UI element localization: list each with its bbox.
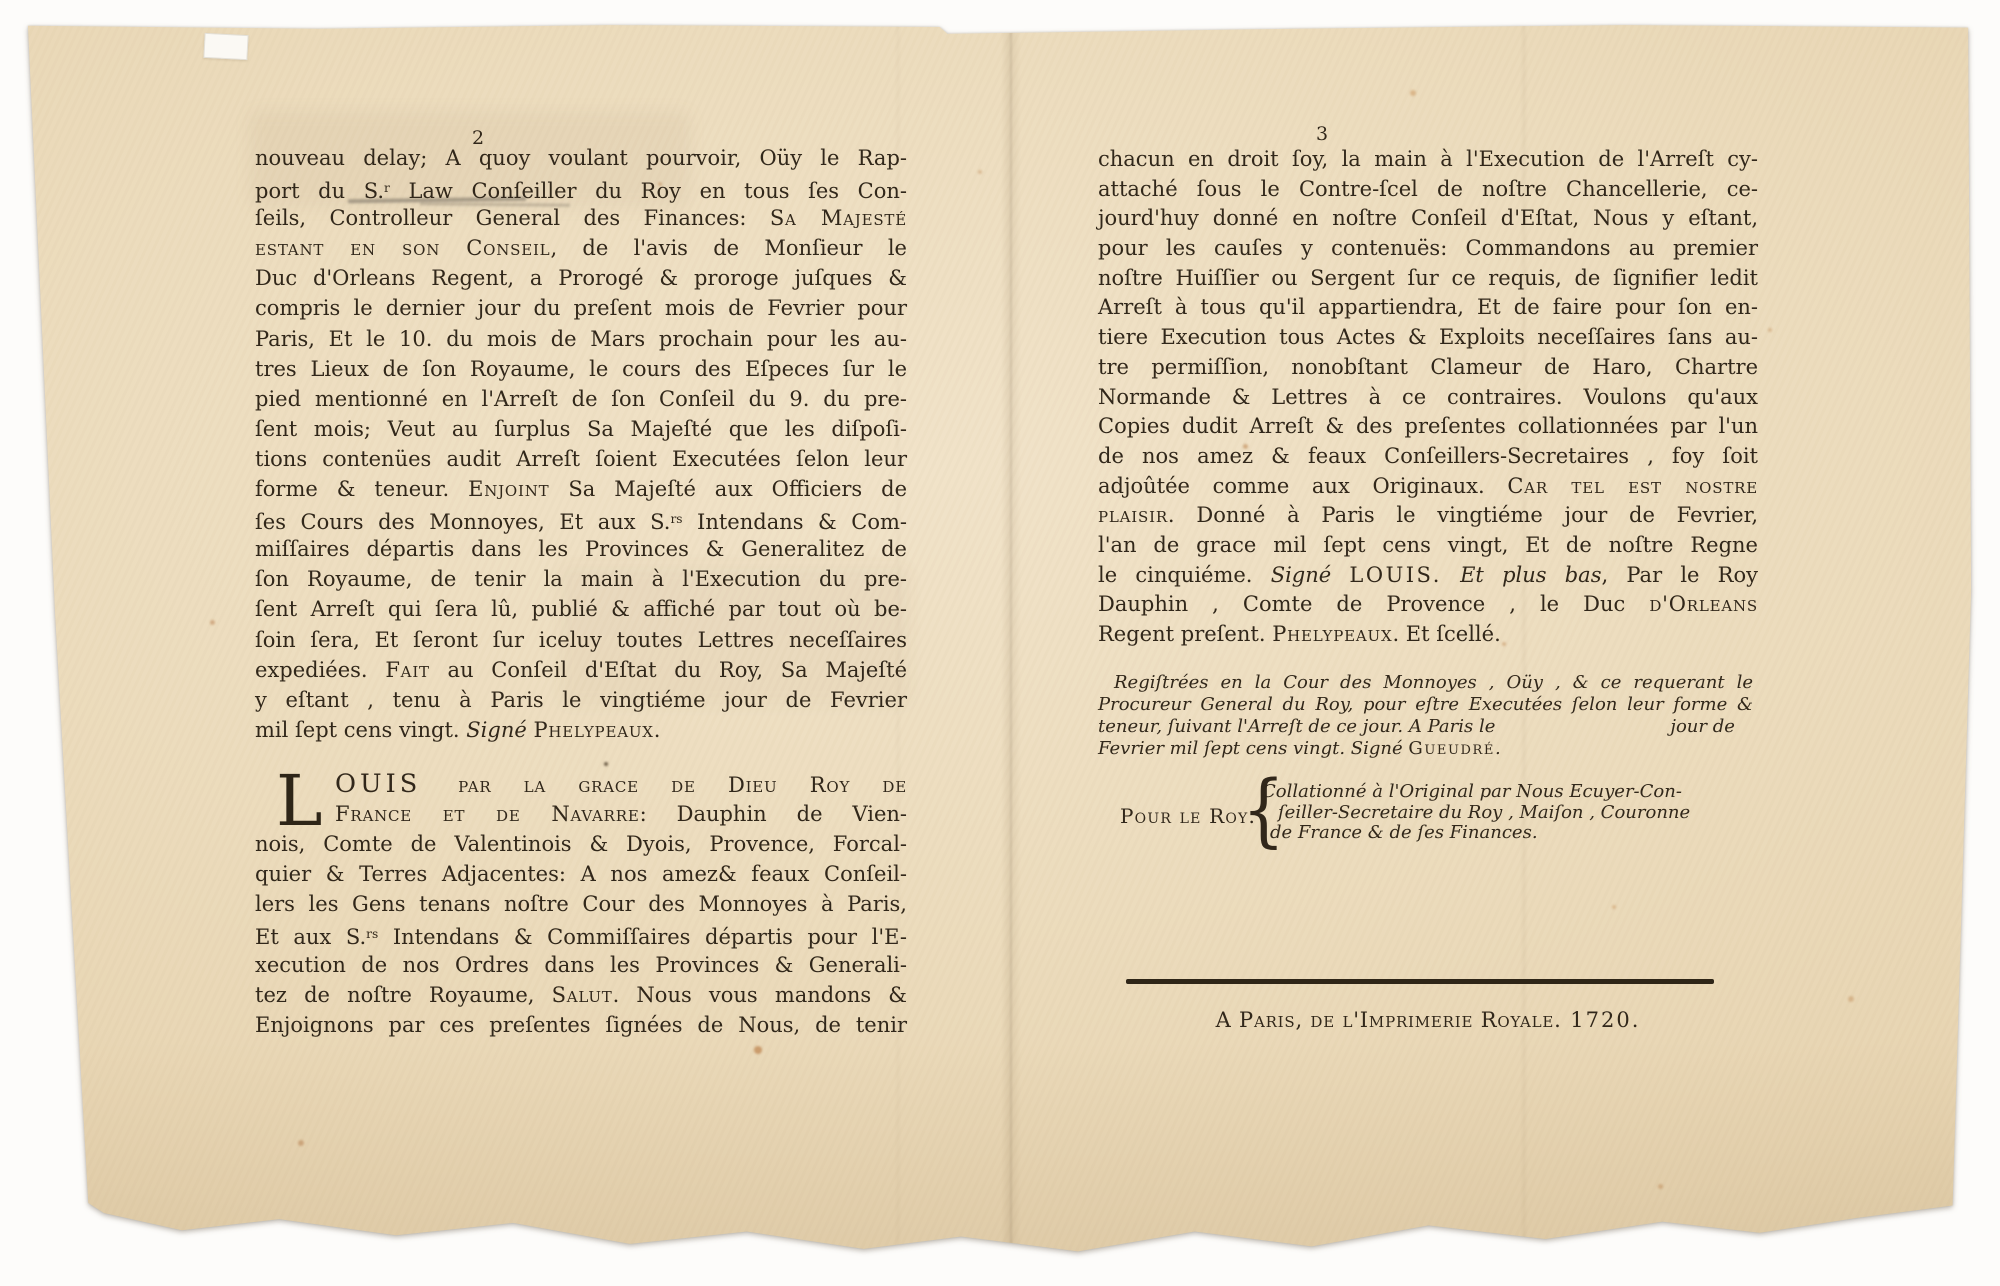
text-segment: jourd'huy donné en noſtre Conſeil d'Eſta… xyxy=(1098,206,1758,230)
text-line: de nos amez & feaux Conſeillers-Secretai… xyxy=(1098,442,1758,472)
text-line: quier & Terres Adjacentes: A nos amez& f… xyxy=(255,859,907,889)
imprint-line: A Paris, de l'Imprimerie Royale. 1720. xyxy=(1098,1008,1758,1032)
text-segment: Regent preſent. xyxy=(1098,622,1272,646)
text-segment: Gueudré xyxy=(1408,738,1495,759)
text-line: tions contenües audit Arreſt ſoient Exec… xyxy=(255,444,907,474)
text-line: ſoin ſera, Et ſeront ſur iceluy toutes L… xyxy=(255,625,907,655)
pour-le-roy-label: Pour le Roy. xyxy=(1120,804,1256,828)
tape-fragment xyxy=(203,33,248,60)
text-line: nouveau delay; A quoy voulant pourvoir, … xyxy=(255,143,907,173)
text-line: Et aux S.rs Intendans & Commiſſaires dép… xyxy=(255,919,907,949)
text-segment: Phelypeaux xyxy=(533,718,653,742)
text-segment: ſoin ſera, Et ſeront ſur iceluy toutes L… xyxy=(255,628,907,652)
text-line: compris le dernier jour du preſent mois … xyxy=(255,293,907,323)
text-segment: ſon Royaume, de tenir la main à l'Execut… xyxy=(255,567,907,591)
collation-note: Collationné à l'Original par Nous Ecuyer… xyxy=(1262,782,1767,844)
text-segment: teneur, ſuivant l'Arreſt de ce jour. A P… xyxy=(1098,716,1495,737)
page-number-right: 3 xyxy=(1316,123,1328,145)
text-line: xecution de nos Ordres dans les Province… xyxy=(255,950,907,980)
text-segment: rs xyxy=(670,512,682,526)
text-segment: pour les cauſes y contenuës: Commandons … xyxy=(1098,236,1758,260)
foxing-spot xyxy=(210,620,215,625)
text-segment: le cinquiéme. xyxy=(1098,563,1271,587)
text-segment: Duc d'Orleans Regent, a Prorogé & prorog… xyxy=(255,266,907,290)
text-line: Normande & Lettres à ce contraires. Voul… xyxy=(1098,383,1758,413)
text-segment: . xyxy=(654,718,661,742)
foxing-spot xyxy=(1658,1184,1663,1189)
text-line: ſent Arreſt qui ſera lû, publié & affich… xyxy=(255,594,907,624)
text-segment: Normande & Lettres à ce contraires. Voul… xyxy=(1098,385,1758,409)
text-segment: tres Lieux de ſon Royaume, le cours des … xyxy=(255,357,907,381)
text-segment: . Nous vous mandons & xyxy=(613,983,907,1007)
text-line: de France & de ſes Finances. xyxy=(1262,823,1767,844)
text-segment: . Donné à Paris le vingtiéme jour de Fev… xyxy=(1168,503,1758,527)
text-segment: Arreſt à tous qu'il appartiendra, Et de … xyxy=(1098,295,1758,319)
text-segment: Signé xyxy=(1271,563,1332,587)
text-segment: Enjoignons par ces preſentes ſignées de … xyxy=(255,1013,907,1037)
text-segment: au Conſeil d'Eſtat du Roy, Sa Majeſté xyxy=(430,658,907,682)
text-segment: xecution de nos Ordres dans les Province… xyxy=(255,953,907,977)
text-line: l'an de grace mil ſept cens vingt, Et de… xyxy=(1098,531,1758,561)
text-segment xyxy=(1442,563,1460,587)
text-segment: y eſtant , tenu à Paris le vingtiéme jou… xyxy=(255,688,907,712)
text-segment: quier & Terres Adjacentes: A nos amez& f… xyxy=(255,862,907,886)
text-segment: tiere Execution tous Actes & Exploits ne… xyxy=(1098,325,1758,349)
text-segment: noſtre Huiſſier ou Sergent ſur ce requis… xyxy=(1098,266,1758,290)
text-line: ſes Cours des Monnoyes, Et aux S.rs Inte… xyxy=(255,504,907,534)
text-segment: Et aux S. xyxy=(255,926,366,950)
text-segment: OUIS xyxy=(335,769,458,799)
text-line: noſtre Huiſſier ou Sergent ſur ce requis… xyxy=(1098,264,1758,294)
text-line: Duc d'Orleans Regent, a Prorogé & prorog… xyxy=(255,263,907,293)
text-line: Copies dudit Arreſt & des preſentes coll… xyxy=(1098,412,1758,442)
text-segment: Sa Majeſté aux Officiers de xyxy=(549,477,907,501)
foxing-spot xyxy=(754,1046,762,1054)
text-line: ſeiller-Secretaire du Roy , Maiſon , Cou… xyxy=(1262,803,1767,824)
text-segment: A Paris, de l'Imprimerie Royale. xyxy=(1216,1008,1562,1032)
left-page-paragraph-1: nouveau delay; A quoy voulant pourvoir, … xyxy=(255,143,907,745)
text-segment: tre permiſſion, nonobſtant Clameur de Ha… xyxy=(1098,355,1758,379)
text-segment: de France & de ſes Finances. xyxy=(1270,822,1538,843)
text-line: jourd'huy donné en noſtre Conſeil d'Eſta… xyxy=(1098,204,1758,234)
text-line: ſeils, Controlleur General des Finances:… xyxy=(255,203,907,233)
text-line: OUIS par la grace de Dieu Roy de xyxy=(255,769,907,799)
text-segment: Intendans & Com- xyxy=(683,510,908,534)
text-segment: Dauphin , Comte de Provence , le Duc xyxy=(1098,592,1649,616)
text-segment: tions contenües audit Arreſt ſoient Exec… xyxy=(255,447,907,471)
text-line: tiere Execution tous Actes & Exploits ne… xyxy=(1098,323,1758,353)
registration-note: Regiſtrées en la Cour des Monnoyes , Oüy… xyxy=(1098,672,1753,760)
text-segment: adjoûtée comme aux Originaux. xyxy=(1098,474,1507,498)
text-line: plaisir. Donné à Paris le vingtiéme jour… xyxy=(1098,501,1758,531)
text-segment: , de l'avis de Monſieur le xyxy=(550,236,907,260)
text-segment: France et de Navarre xyxy=(335,802,640,826)
text-segment: nouveau delay; A quoy voulant pourvoir, … xyxy=(255,146,907,170)
text-segment: Procureur General du Roy, pour eſtre Exe… xyxy=(1098,694,1753,715)
text-line: chacun en droit ſoy, la main à l'Executi… xyxy=(1098,145,1758,175)
text-segment: Intendans & Commiſſaires départis pour l… xyxy=(378,926,907,950)
text-line: tez de noſtre Royaume, Salut. Nous vous … xyxy=(255,980,907,1010)
text-line: pour les cauſes y contenuës: Commandons … xyxy=(1098,234,1758,264)
text-segment: attaché ſous le Contre-ſcel de noſtre Ch… xyxy=(1098,177,1758,201)
text-segment xyxy=(1331,563,1349,587)
text-segment: Fait xyxy=(385,658,430,682)
text-segment: ſes Cours des Monnoyes, Et aux S. xyxy=(255,510,670,534)
text-segment: Law Conſeiller du Roy en tous ſes Con- xyxy=(390,179,907,203)
text-segment: ſeiller-Secretaire du Roy , Maiſon , Cou… xyxy=(1278,802,1690,823)
text-segment: lers les Gens tenans noſtre Cour des Mon… xyxy=(255,892,907,916)
text-segment: Enjoint xyxy=(468,477,549,501)
text-line: estant en son Conseil, de l'avis de Monſ… xyxy=(255,233,907,263)
text-segment: forme & teneur. xyxy=(255,477,468,501)
text-segment: pied mentionné en l'Arreſt de ſon Conſei… xyxy=(255,387,907,411)
text-line: forme & teneur. Enjoint Sa Majeſté aux O… xyxy=(255,474,907,504)
right-page-paragraph-1: chacun en droit ſoy, la main à l'Executi… xyxy=(1098,145,1758,650)
text-segment: . Et ſcellé. xyxy=(1392,622,1500,646)
text-line: Procureur General du Roy, pour eſtre Exe… xyxy=(1098,694,1753,716)
text-segment: estant en son Conseil xyxy=(255,236,550,260)
text-line: miſſaires départis dans les Provinces & … xyxy=(255,534,907,564)
center-fold-crease xyxy=(1001,22,1021,1260)
text-segment: Copies dudit Arreſt & des preſentes coll… xyxy=(1098,414,1758,438)
text-segment: mil ſept cens vingt. xyxy=(255,718,466,742)
text-segment: Paris, Et le 10. du mois de Mars prochai… xyxy=(255,327,907,351)
text-line: tre permiſſion, nonobſtant Clameur de Ha… xyxy=(1098,353,1758,383)
text-segment: , Par le Roy xyxy=(1601,563,1758,587)
text-segment: Fevrier mil ſept cens vingt. Signé xyxy=(1098,738,1408,759)
document-sheet-wrap: 2 3 nouveau delay; A quoy voulant pourvo… xyxy=(0,0,2000,1286)
left-page-paragraph-2: OUIS par la grace de Dieu Roy deFrance e… xyxy=(255,769,907,1040)
foxing-spot xyxy=(1612,905,1616,909)
text-segment: compris le dernier jour du preſent mois … xyxy=(255,296,907,320)
text-line: Arreſt à tous qu'il appartiendra, Et de … xyxy=(1098,293,1758,323)
text-segment: Salut xyxy=(552,983,613,1007)
text-line: pied mentionné en l'Arreſt de ſon Conſei… xyxy=(255,384,907,414)
text-segment: l'an de grace mil ſept cens vingt, Et de… xyxy=(1098,533,1758,557)
text-segment: rs xyxy=(366,927,378,941)
text-segment: jour de xyxy=(1670,716,1735,737)
text-line: Regent preſent. Phelypeaux. Et ſcellé. xyxy=(1098,620,1758,650)
text-line: Collationné à l'Original par Nous Ecuyer… xyxy=(1262,782,1767,803)
text-segment: ſent Arreſt qui ſera lû, publié & affich… xyxy=(255,597,907,621)
text-line: y eſtant , tenu à Paris le vingtiéme jou… xyxy=(255,685,907,715)
text-segment: ſeils, Controlleur General des Finances: xyxy=(255,206,770,230)
text-segment: Et plus bas xyxy=(1460,563,1601,587)
foxing-spot xyxy=(1410,90,1416,96)
text-segment: Sa Majesté xyxy=(770,206,907,230)
text-segment: . xyxy=(1495,738,1501,759)
text-line: Paris, Et le 10. du mois de Mars prochai… xyxy=(255,324,907,354)
text-line: Fevrier mil ſept cens vingt. Signé Gueud… xyxy=(1098,738,1753,760)
text-line: mil ſept cens vingt. Signé Phelypeaux. xyxy=(255,715,907,745)
text-segment: chacun en droit ſoy, la main à l'Executi… xyxy=(1098,147,1758,171)
text-segment: ſent mois; Veut au ſurplus Sa Majeſté qu… xyxy=(255,417,907,441)
ink-dot xyxy=(604,762,608,766)
text-line: le cinquiéme. Signé LOUIS. Et plus bas, … xyxy=(1098,561,1758,591)
text-line: expediées. Fait au Conſeil d'Eſtat du Ro… xyxy=(255,655,907,685)
text-line: ſon Royaume, de tenir la main à l'Execut… xyxy=(255,564,907,594)
text-segment: Regiſtrées en la Cour des Monnoyes , Oüy… xyxy=(1114,672,1753,693)
text-line: France et de Navarre: Dauphin de Vien- xyxy=(255,799,907,829)
text-line: Regiſtrées en la Cour des Monnoyes , Oüy… xyxy=(1098,672,1753,694)
text-line: nois, Comte de Valentinois & Dyois, Prov… xyxy=(255,829,907,859)
text-segment: Car tel est nostre xyxy=(1507,474,1758,498)
text-line: port du S.r Law Conſeiller du Roy en tou… xyxy=(255,173,907,203)
text-segment: plaisir xyxy=(1098,503,1168,527)
text-line: adjoûtée comme aux Originaux. Car tel es… xyxy=(1098,472,1758,502)
text-segment: Collationné à l'Original par Nous Ecuyer… xyxy=(1262,781,1682,802)
text-line: Dauphin , Comte de Provence , le Duc d'O… xyxy=(1098,590,1758,620)
text-segment: port du S. xyxy=(255,179,384,203)
text-segment: nois, Comte de Valentinois & Dyois, Prov… xyxy=(255,832,907,856)
text-segment: d'Orleans xyxy=(1649,592,1758,616)
text-line: tres Lieux de ſon Royaume, le cours des … xyxy=(255,354,907,384)
text-segment: Phelypeaux xyxy=(1272,622,1392,646)
text-segment: Signé xyxy=(466,718,527,742)
text-line: lers les Gens tenans noſtre Cour des Mon… xyxy=(255,889,907,919)
text-line: ſent mois; Veut au ſurplus Sa Majeſté qu… xyxy=(255,414,907,444)
text-segment: expediées. xyxy=(255,658,385,682)
text-segment: tez de noſtre Royaume, xyxy=(255,983,552,1007)
text-segment: 1720. xyxy=(1562,1008,1641,1032)
text-segment: LOUIS. xyxy=(1349,563,1441,587)
text-segment: de nos amez & feaux Conſeillers-Secretai… xyxy=(1098,444,1758,468)
text-line: attaché ſous le Contre-ſcel de noſtre Ch… xyxy=(1098,175,1758,205)
imprint-rule xyxy=(1126,979,1714,984)
foxing-spot xyxy=(978,170,982,174)
text-segment: miſſaires départis dans les Provinces & … xyxy=(255,537,907,561)
text-segment: : Dauphin de Vien- xyxy=(640,802,907,826)
foxing-spot xyxy=(1848,996,1854,1002)
text-line: teneur, ſuivant l'Arreſt de ce jour. A P… xyxy=(1098,716,1753,738)
text-segment: par la grace de Dieu Roy de xyxy=(458,773,907,797)
text-line: Enjoignons par ces preſentes ſignées de … xyxy=(255,1010,907,1040)
photograph-background: { "colors": { "paper": "#ecdcbd", "ink":… xyxy=(0,0,2000,1286)
foxing-spot xyxy=(1768,328,1772,332)
foxing-spot xyxy=(298,1140,304,1146)
